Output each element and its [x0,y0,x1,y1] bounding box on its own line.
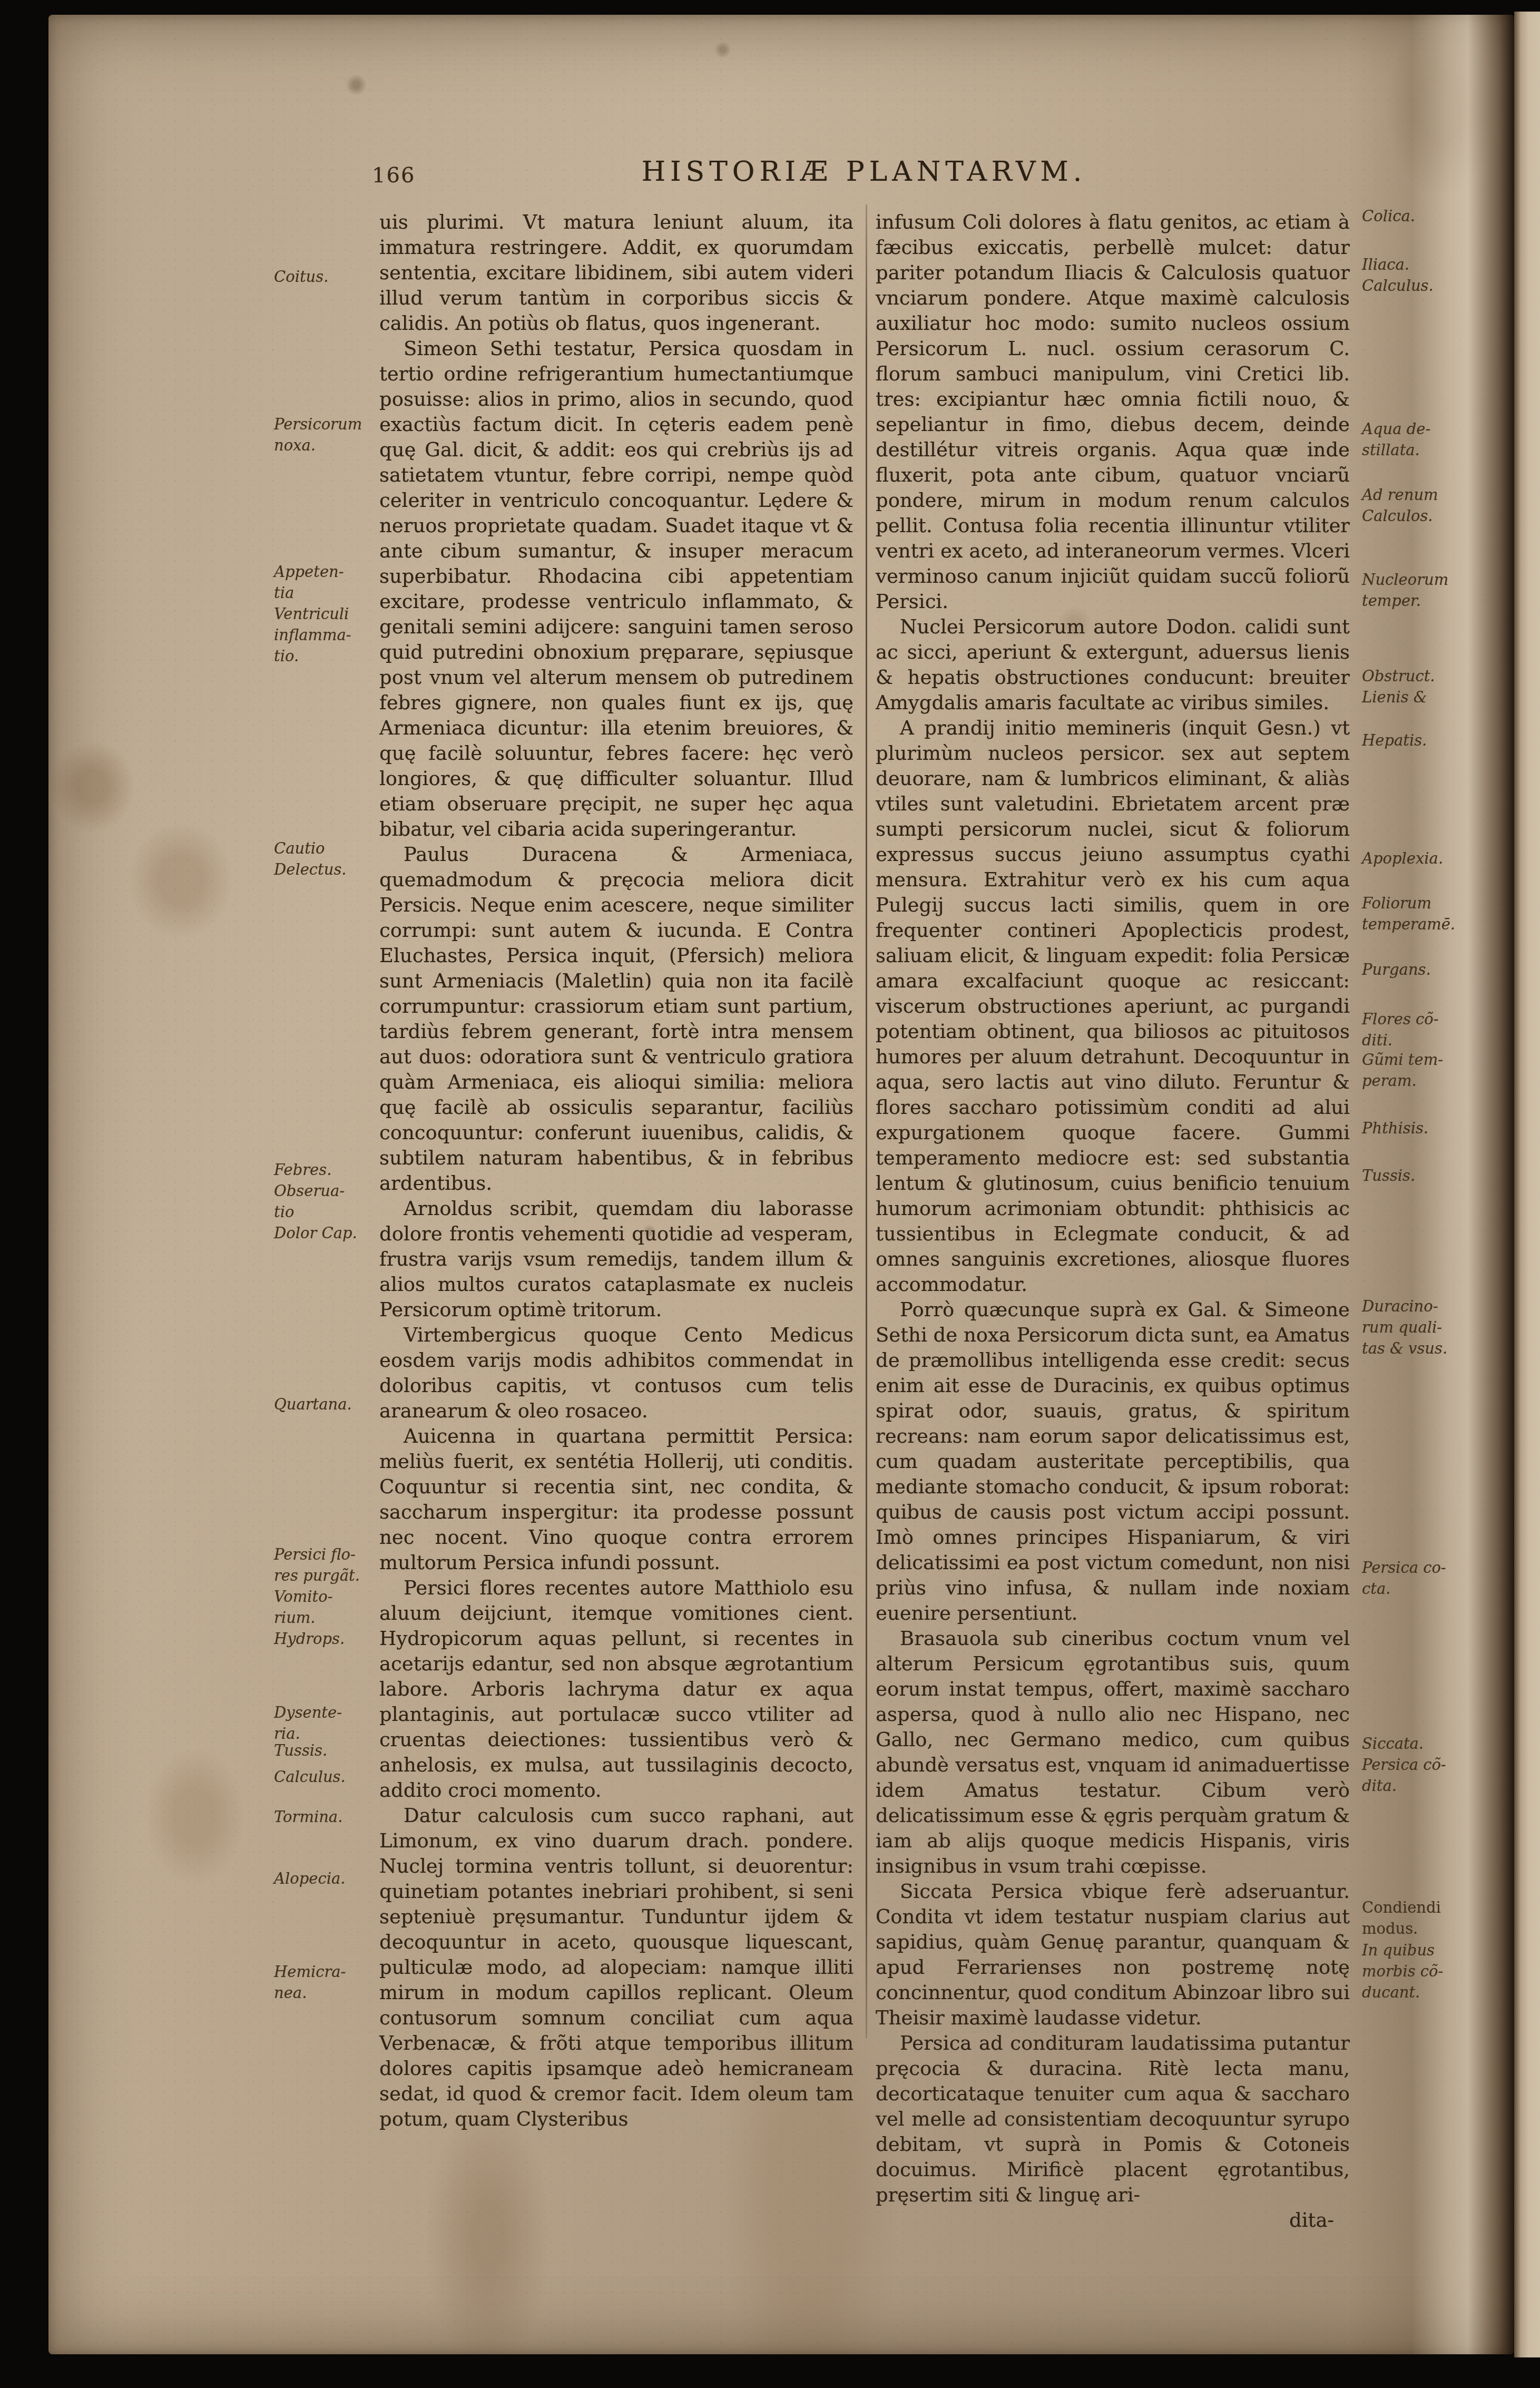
column-divider-rule [866,204,867,2038]
paragraph: Nuclei Persicorum autore Dodon. calidi s… [876,614,1350,716]
paragraph: uis plurimi. Vt matura leniunt aluum, it… [379,210,854,336]
paragraph: Porrò quæcunque suprà ex Gal. & Simeone … [876,1297,1350,1626]
paragraph: Datur calculosis cum succo raphani, aut … [379,1803,854,2132]
paragraph: Arnoldus scribit, quemdam diu laborasse … [379,1196,854,1323]
paragraph: Paulus Duracena & Armeniaca, quemadmodum… [379,842,854,1196]
next-page-edge [1514,12,1540,2357]
catchword: dita- [876,2208,1350,2233]
page-gutter-fold [1349,15,1514,2354]
paragraph: infusum Coli dolores à flatu genitos, ac… [876,210,1350,614]
left-text-column: uis plurimi. Vt matura leniunt aluum, it… [379,210,854,2132]
paragraph: A prandij initio memineris (inquit Gesn.… [876,716,1350,1297]
paragraph: Siccata Persica vbique ferè adseruantur.… [876,1879,1350,2031]
running-title: HISTORIÆ PLANTARVM. [369,156,1359,188]
paragraph: Auicenna in quartana permittit Persica: … [379,1424,854,1575]
paragraph: Brasauola sub cineribus coctum vnum vel … [876,1626,1350,1879]
book-scan-photo: 166 HISTORIÆ PLANTARVM. uis plurimi. Vt … [0,0,1540,2388]
paragraph: Persica ad condituram laudatissima putan… [876,2031,1350,2208]
right-text-column: infusum Coli dolores à flatu genitos, ac… [876,210,1350,2233]
paragraph: Virtembergicus quoque Cento Medicus eosd… [379,1323,854,1424]
paragraph: Persici flores recentes autore Matthiolo… [379,1575,854,1803]
paragraph: Simeon Sethi testatur, Persica quosdam i… [379,336,854,842]
